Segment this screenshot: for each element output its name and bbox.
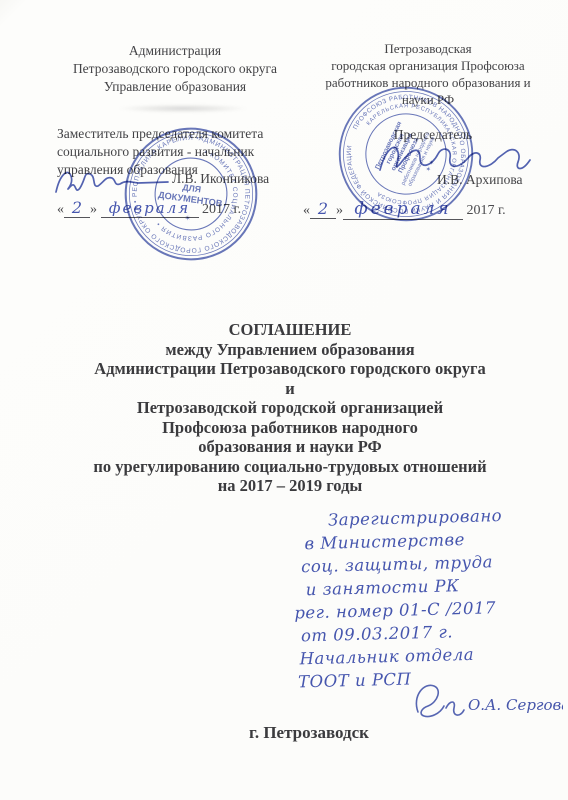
title-line: по урегулированию социально-трудовых отн… [54, 457, 526, 477]
registration-note: Зарегистрировано в Министерстве соц. защ… [290, 502, 567, 693]
org-header-line: Администрация [42, 42, 308, 60]
left-date-day: 2 [64, 198, 90, 218]
scan-artifact [118, 104, 248, 113]
title-line: Профсоюза работников народного [54, 418, 526, 438]
document-page: Администрация Петрозаводского городского… [0, 0, 568, 800]
org-header-line: Петрозаводского городского округа [42, 60, 308, 78]
quote-close: » [90, 202, 97, 217]
title-line: и [54, 379, 526, 399]
org-header-line: Управление образования [42, 78, 308, 96]
registration-signature: О.А. Сергова [408, 676, 563, 724]
title-line: Петрозаводской городской организацией [54, 398, 526, 418]
right-date-year: 2017 г. [467, 203, 506, 218]
org-header-line: Петрозаводская [302, 40, 554, 57]
left-stamp-star: ✶ [184, 213, 191, 223]
title-line: Администрации Петрозаводского городского… [54, 359, 526, 379]
left-org-header: Администрация Петрозаводского городского… [42, 42, 308, 96]
title-line: образования и науки РФ [54, 437, 526, 457]
city-label: г. Петрозаводск [134, 723, 484, 743]
right-date-day: 2 [310, 199, 336, 219]
org-header-line: городская организация Профсоюза [302, 57, 554, 74]
agreement-title: СОГЛАШЕНИЕ между Управлением образования… [54, 320, 526, 496]
quote-open: « [303, 203, 310, 218]
title-line: между Управлением образования [54, 340, 526, 360]
left-stamp: АДМИНИСТРАЦИЯ ПЕТРОЗАВОДСКОГО ГОРОДСКОГО… [113, 116, 269, 272]
quote-close: » [336, 203, 343, 218]
quote-open: « [57, 202, 64, 217]
title-line: на 2017 – 2019 годы [54, 476, 526, 496]
registration-signature-text: О.А. Сергова [468, 696, 563, 714]
title-line: СОГЛАШЕНИЕ [54, 320, 526, 340]
